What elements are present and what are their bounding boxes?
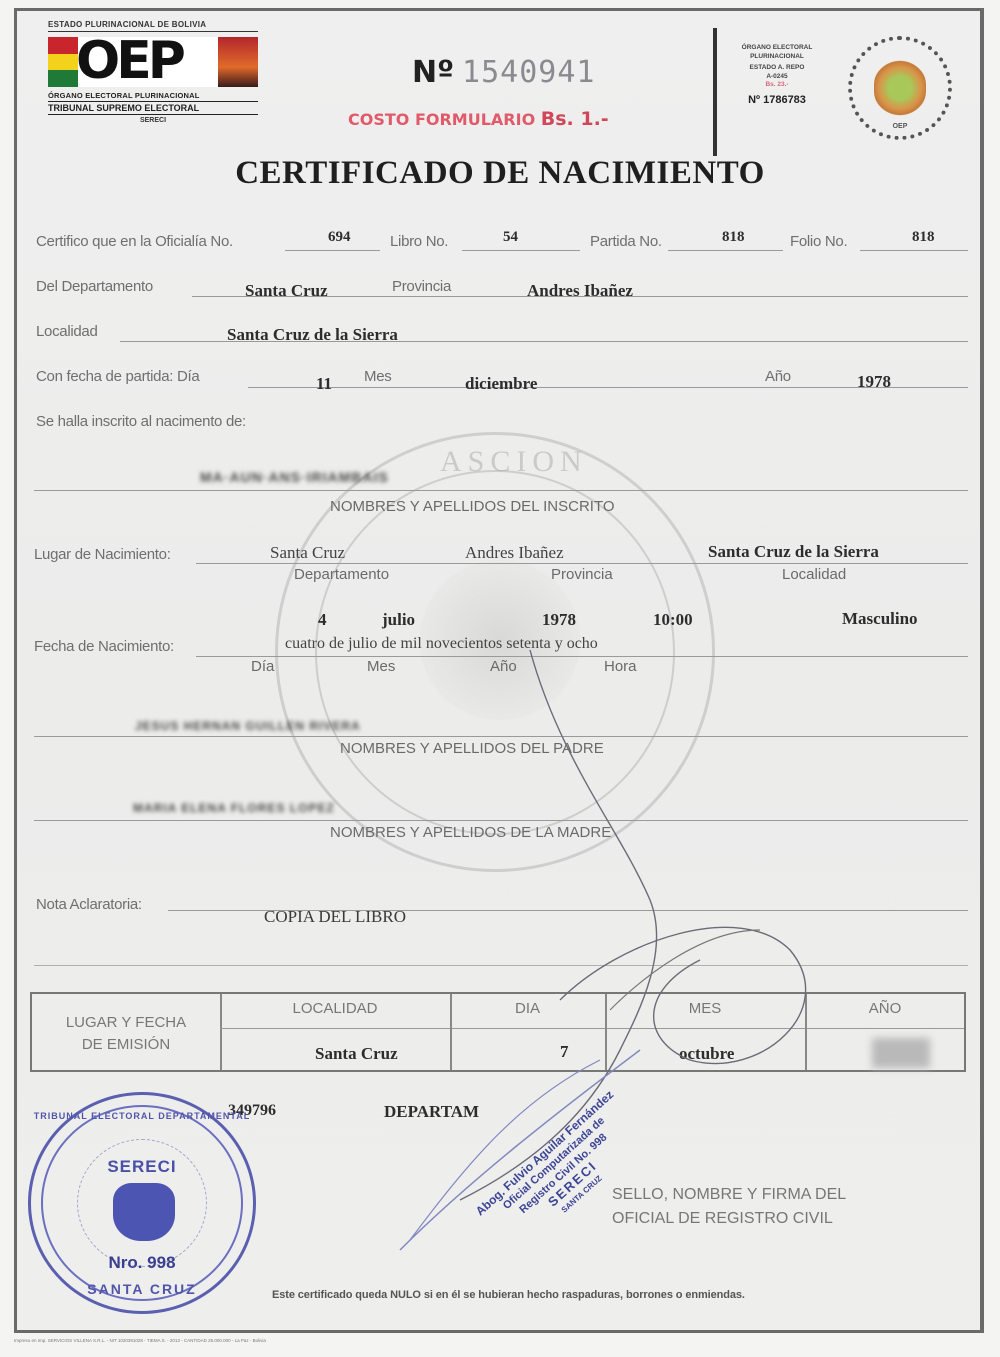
oficialia-value: 694 [328,229,351,246]
emission-label: LUGAR Y FECHA DE EMISIÓN [32,1012,220,1056]
padre-caption: NOMBRES Y APELLIDOS DEL PADRE [340,740,604,757]
partida-value: 818 [722,229,745,246]
padre-name-redacted: JESUS HERNAN GUILLEN RIVERA [135,719,361,733]
localidad-value: Santa Cruz de la Sierra [227,325,398,345]
emission-table: LUGAR Y FECHA DE EMISIÓN LOCALIDAD DIA M… [30,992,966,1072]
form-cost: COSTO FORMULARIO Bs. 1.- [348,108,609,130]
nacimiento-mes-value: julio [382,610,415,630]
nacimiento-provincia-value: Andres Ibañez [465,543,564,563]
firma-line2: OFICIAL DE REGISTRO CIVIL [612,1210,833,1228]
bolivia-flag-icon [48,37,78,87]
madre-caption: NOMBRES Y APELLIDOS DE LA MADRE [330,824,611,841]
nacimiento-anio-value: 1978 [542,610,576,630]
logo-tribunal-line: TRIBUNAL SUPREMO ELECTORAL [48,101,258,115]
libro-value: 54 [503,229,518,246]
logo-org-line: ÓRGANO ELECTORAL PLURINACIONAL [48,91,258,100]
nacimiento-departamento-value: Santa Cruz [270,543,345,563]
departamento-label: Del Departamento [36,278,153,295]
localidad-caption: Localidad [782,566,846,583]
provincia-label: Provincia [392,278,451,295]
firma-line1: SELLO, NOMBRE Y FIRMA DEL [612,1186,846,1204]
folio-label: Folio No. [790,233,847,250]
anio-caption: Año [490,658,517,675]
emission-header-anio: AÑO [805,1000,965,1017]
emission-mes-value: octubre [679,1044,734,1064]
fiscal-stamp: ÓRGANO ELECTORAL PLURINACIONAL ESTADO A.… [722,44,832,104]
madre-name-redacted: MARIA ELENA FLORES LOPEZ [133,801,335,815]
printer-line: Impreso en Imp. SERVICIOS VILLENA S.R.L.… [14,1338,266,1343]
logo-sunset-icon [218,37,258,87]
inscrito-name-redacted: MA·AUN·ANS·IRIAMBAIS [200,469,389,485]
emission-localidad-value: Santa Cruz [315,1044,398,1064]
inscrito-label: Se halla inscrito al nacimento de: [36,413,246,430]
fecha-nacimiento-label: Fecha de Nacimiento: [34,638,174,655]
nota-value: COPIA DEL LIBRO [264,907,406,927]
sereci-stamp: TRIBUNAL ELECTORAL DEPARTAMENTAL SERECI … [28,1092,256,1314]
mes-caption: Mes [367,658,395,675]
fecha-partida-label: Con fecha de partida: Día [36,368,199,385]
logo-acronym: OEP [76,31,182,91]
departamento-value: Santa Cruz [245,281,328,301]
partida-dia-value: 11 [316,374,332,394]
partida-label: Partida No. [590,233,662,250]
oficialia-label: Certifico que en la Oficialía No. [36,233,233,250]
emission-anio-redacted [872,1038,930,1068]
hora-caption: Hora [604,658,637,675]
sexo-value: Masculino [842,609,918,629]
provincia-value: Andres Ibañez [527,281,633,301]
inscrito-caption: NOMBRES Y APELLIDOS DEL INSCRITO [330,498,615,515]
emission-header-localidad: LOCALIDAD [220,1000,450,1017]
watermark-text: ASCION [440,445,588,479]
serial-number: Nº1540941 [412,55,595,90]
lugar-nacimiento-label: Lugar de Nacimiento: [34,546,171,563]
mes-label: Mes [364,368,391,385]
logo-service-line: SERECI [48,117,258,124]
coat-of-arms-icon [113,1183,175,1241]
oep-seal-icon: OEP [848,36,952,140]
departamento-caption: Departamento [294,566,389,583]
emission-header-mes: MES [605,1000,805,1017]
partida-anio-value: 1978 [857,372,891,392]
localidad-label: Localidad [36,323,98,340]
nacimiento-hora-value: 10:00 [653,610,693,630]
nota-label: Nota Aclaratoria: [36,896,142,913]
nacimiento-localidad-value: Santa Cruz de la Sierra [708,542,879,562]
bolivia-coat-of-arms-icon [874,60,926,116]
departam-value: DEPARTAM [384,1102,479,1122]
anio-label: Año [765,368,791,385]
nacimiento-dia-value: 4 [318,610,327,630]
stamp-divider [713,28,717,156]
dia-caption: Día [251,658,274,675]
partida-mes-value: diciembre [465,374,537,394]
oep-logo: ESTADO PLURINACIONAL DE BOLIVIA OEP ÓRGA… [48,20,258,148]
document-title: CERTIFICADO DE NACIMIENTO [0,155,1000,192]
fecha-literal-value: cuatro de julio de mil novecientos seten… [285,635,598,653]
folio-value: 818 [912,229,935,246]
provincia-caption: Provincia [551,566,613,583]
libro-label: Libro No. [390,233,448,250]
null-notice: Este certificado queda NULO si en él se … [272,1289,745,1301]
